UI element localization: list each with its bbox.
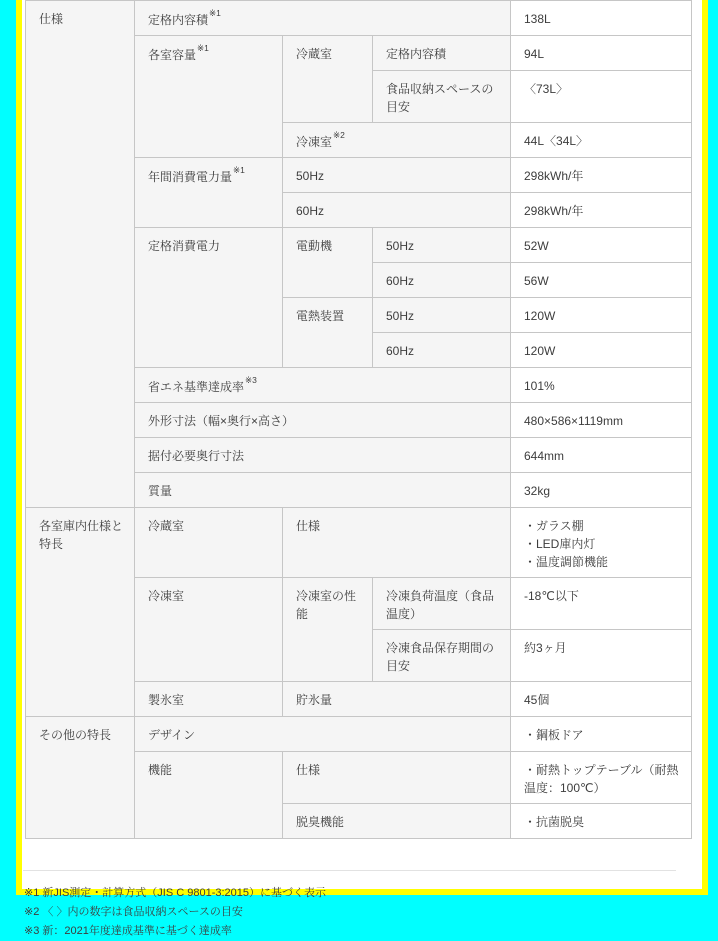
footnote-divider — [23, 870, 676, 871]
table-row: その他の特長 デザイン ・鋼板ドア — [26, 717, 692, 752]
label-text: 60Hz — [386, 274, 414, 288]
label-cell: 貯氷量 — [283, 682, 511, 717]
label-cell: 冷凍室 — [135, 578, 283, 682]
section-title: その他の特長 — [39, 728, 111, 742]
label-text: 冷凍室の性能 — [296, 589, 356, 621]
label-text: 定格消費電力 — [148, 239, 220, 253]
value-cell: 52W — [511, 228, 692, 263]
footnotes: ※1 新JIS測定・計算方式（JIS C 9801-3:2015）に基づく表示 … — [24, 884, 692, 916]
label-text: 50Hz — [386, 239, 414, 253]
table-row: 仕様 定格内容積※1 138L — [26, 1, 692, 36]
label-text: 仕様 — [296, 763, 320, 777]
label-text: 電動機 — [296, 239, 332, 253]
value-cell: 32kg — [511, 473, 692, 508]
label-text: 食品収納スペースの目安 — [386, 82, 493, 114]
label-text: 冷凍負荷温度（食品温度） — [386, 589, 494, 621]
spec-page-panel: 仕様 定格内容積※1 138L 各室容量※1 冷蔵室 定格内容積 94L 食品収… — [16, 0, 708, 895]
footnote-ref: ※1 — [209, 7, 221, 20]
label-text: 製氷室 — [148, 693, 184, 707]
label-text: 冷凍室 — [148, 589, 184, 603]
label-cell: 定格消費電力 — [135, 228, 283, 368]
label-text: 各室容量 — [148, 48, 196, 62]
label-text: 機能 — [148, 763, 172, 777]
label-cell: 電熱装置 — [283, 298, 373, 368]
label-text: 60Hz — [296, 204, 324, 218]
label-cell: 定格内容積※1 — [135, 1, 511, 36]
value-cell: 56W — [511, 263, 692, 298]
label-cell: 50Hz — [373, 228, 511, 263]
label-cell: 60Hz — [373, 263, 511, 298]
value-cell: ・ガラス棚 ・LED庫内灯 ・温度調節機能 — [511, 508, 692, 578]
label-text: 冷蔵室 — [148, 519, 184, 533]
label-cell: 製氷室 — [135, 682, 283, 717]
label-text: 冷凍室 — [296, 135, 332, 149]
value-cell: ・抗菌脱臭 — [511, 804, 692, 839]
label-text: 年間消費電力量 — [148, 170, 232, 184]
section-title: 各室庫内仕様と特長 — [39, 519, 123, 551]
value-cell: 101% — [511, 368, 692, 403]
footnote-ref: ※2 — [333, 129, 345, 142]
label-text: 省エネ基準達成率 — [148, 380, 244, 394]
value-cell: 120W — [511, 298, 692, 333]
value-cell: 298kWh/年 — [511, 158, 692, 193]
value-cell: 298kWh/年 — [511, 193, 692, 228]
spec-table: 仕様 定格内容積※1 138L 各室容量※1 冷蔵室 定格内容積 94L 食品収… — [25, 0, 692, 839]
label-text: 脱臭機能 — [296, 815, 344, 829]
section-cell-room-features: 各室庫内仕様と特長 — [26, 508, 135, 717]
label-text: 冷凍食品保存期間の目安 — [386, 641, 494, 673]
footnote-line: ※1 新JIS測定・計算方式（JIS C 9801-3:2015）に基づく表示 — [24, 884, 692, 903]
label-cell: デザイン — [135, 717, 511, 752]
label-cell: 年間消費電力量※1 — [135, 158, 283, 228]
value-cell: ・鋼板ドア — [511, 717, 692, 752]
label-text: 質量 — [148, 484, 172, 498]
label-cell: 脱臭機能 — [283, 804, 511, 839]
label-text: 定格内容積 — [386, 47, 446, 61]
value-cell: 644mm — [511, 438, 692, 473]
footnote-ref: ※1 — [233, 164, 245, 177]
footnote-line: ※2 〈 〉内の数字は食品収納スペースの目安 — [24, 903, 692, 916]
label-text: 貯氷量 — [296, 693, 332, 707]
value-cell: 138L — [511, 1, 692, 36]
value-cell: 94L — [511, 36, 692, 71]
value-cell: ・耐熱トップテーブル（耐熱温度：100℃） — [511, 752, 692, 804]
desktop-background: { "colors": { "outer_background": "#00ff… — [0, 0, 718, 916]
section-cell-other-features: その他の特長 — [26, 717, 135, 839]
label-cell: 仕様 — [283, 508, 511, 578]
value-cell: 480×586×1119mm — [511, 403, 692, 438]
label-cell: 食品収納スペースの目安 — [373, 71, 511, 123]
label-cell: 冷蔵室 — [283, 36, 373, 123]
label-cell: 冷凍食品保存期間の目安 — [373, 630, 511, 682]
label-cell: 冷蔵室 — [135, 508, 283, 578]
section-cell-spec: 仕様 — [26, 1, 135, 508]
value-cell: -18℃以下 — [511, 578, 692, 630]
label-text: 60Hz — [386, 344, 414, 358]
value-cell: 〈73L〉 — [511, 71, 692, 123]
label-cell: 定格内容積 — [373, 36, 511, 71]
section-title: 仕様 — [39, 12, 63, 26]
footnote-ref: ※3 — [245, 374, 257, 387]
label-cell: 冷凍室※2 — [283, 123, 511, 158]
label-cell: 据付必要奥行寸法 — [135, 438, 511, 473]
label-text: 外形寸法（幅×奥行×高さ） — [148, 414, 294, 428]
label-cell: 省エネ基準達成率※3 — [135, 368, 511, 403]
label-cell: 冷凍室の性能 — [283, 578, 373, 682]
value-cell: 120W — [511, 333, 692, 368]
label-cell: 外形寸法（幅×奥行×高さ） — [135, 403, 511, 438]
value-cell: 44L〈34L〉 — [511, 123, 692, 158]
value-cell: 45個 — [511, 682, 692, 717]
label-text: 50Hz — [296, 169, 324, 183]
label-cell: 50Hz — [373, 298, 511, 333]
label-text: 50Hz — [386, 309, 414, 323]
label-cell: 仕様 — [283, 752, 511, 804]
label-cell: 電動機 — [283, 228, 373, 298]
footnote-ref: ※1 — [197, 42, 209, 55]
label-cell: 質量 — [135, 473, 511, 508]
value-cell: 約3ヶ月 — [511, 630, 692, 682]
table-row: 各室庫内仕様と特長 冷蔵室 仕様 ・ガラス棚 ・LED庫内灯 ・温度調節機能 — [26, 508, 692, 578]
label-text: 仕様 — [296, 519, 320, 533]
label-cell: 各室容量※1 — [135, 36, 283, 158]
label-text: 据付必要奥行寸法 — [148, 449, 244, 463]
label-text: 定格内容積 — [148, 13, 208, 27]
label-cell: 60Hz — [373, 333, 511, 368]
label-cell: 60Hz — [283, 193, 511, 228]
label-cell: 機能 — [135, 752, 283, 839]
label-text: デザイン — [148, 728, 195, 742]
label-cell: 50Hz — [283, 158, 511, 193]
label-text: 冷蔵室 — [296, 47, 332, 61]
label-text: 電熱装置 — [296, 309, 344, 323]
label-cell: 冷凍負荷温度（食品温度） — [373, 578, 511, 630]
